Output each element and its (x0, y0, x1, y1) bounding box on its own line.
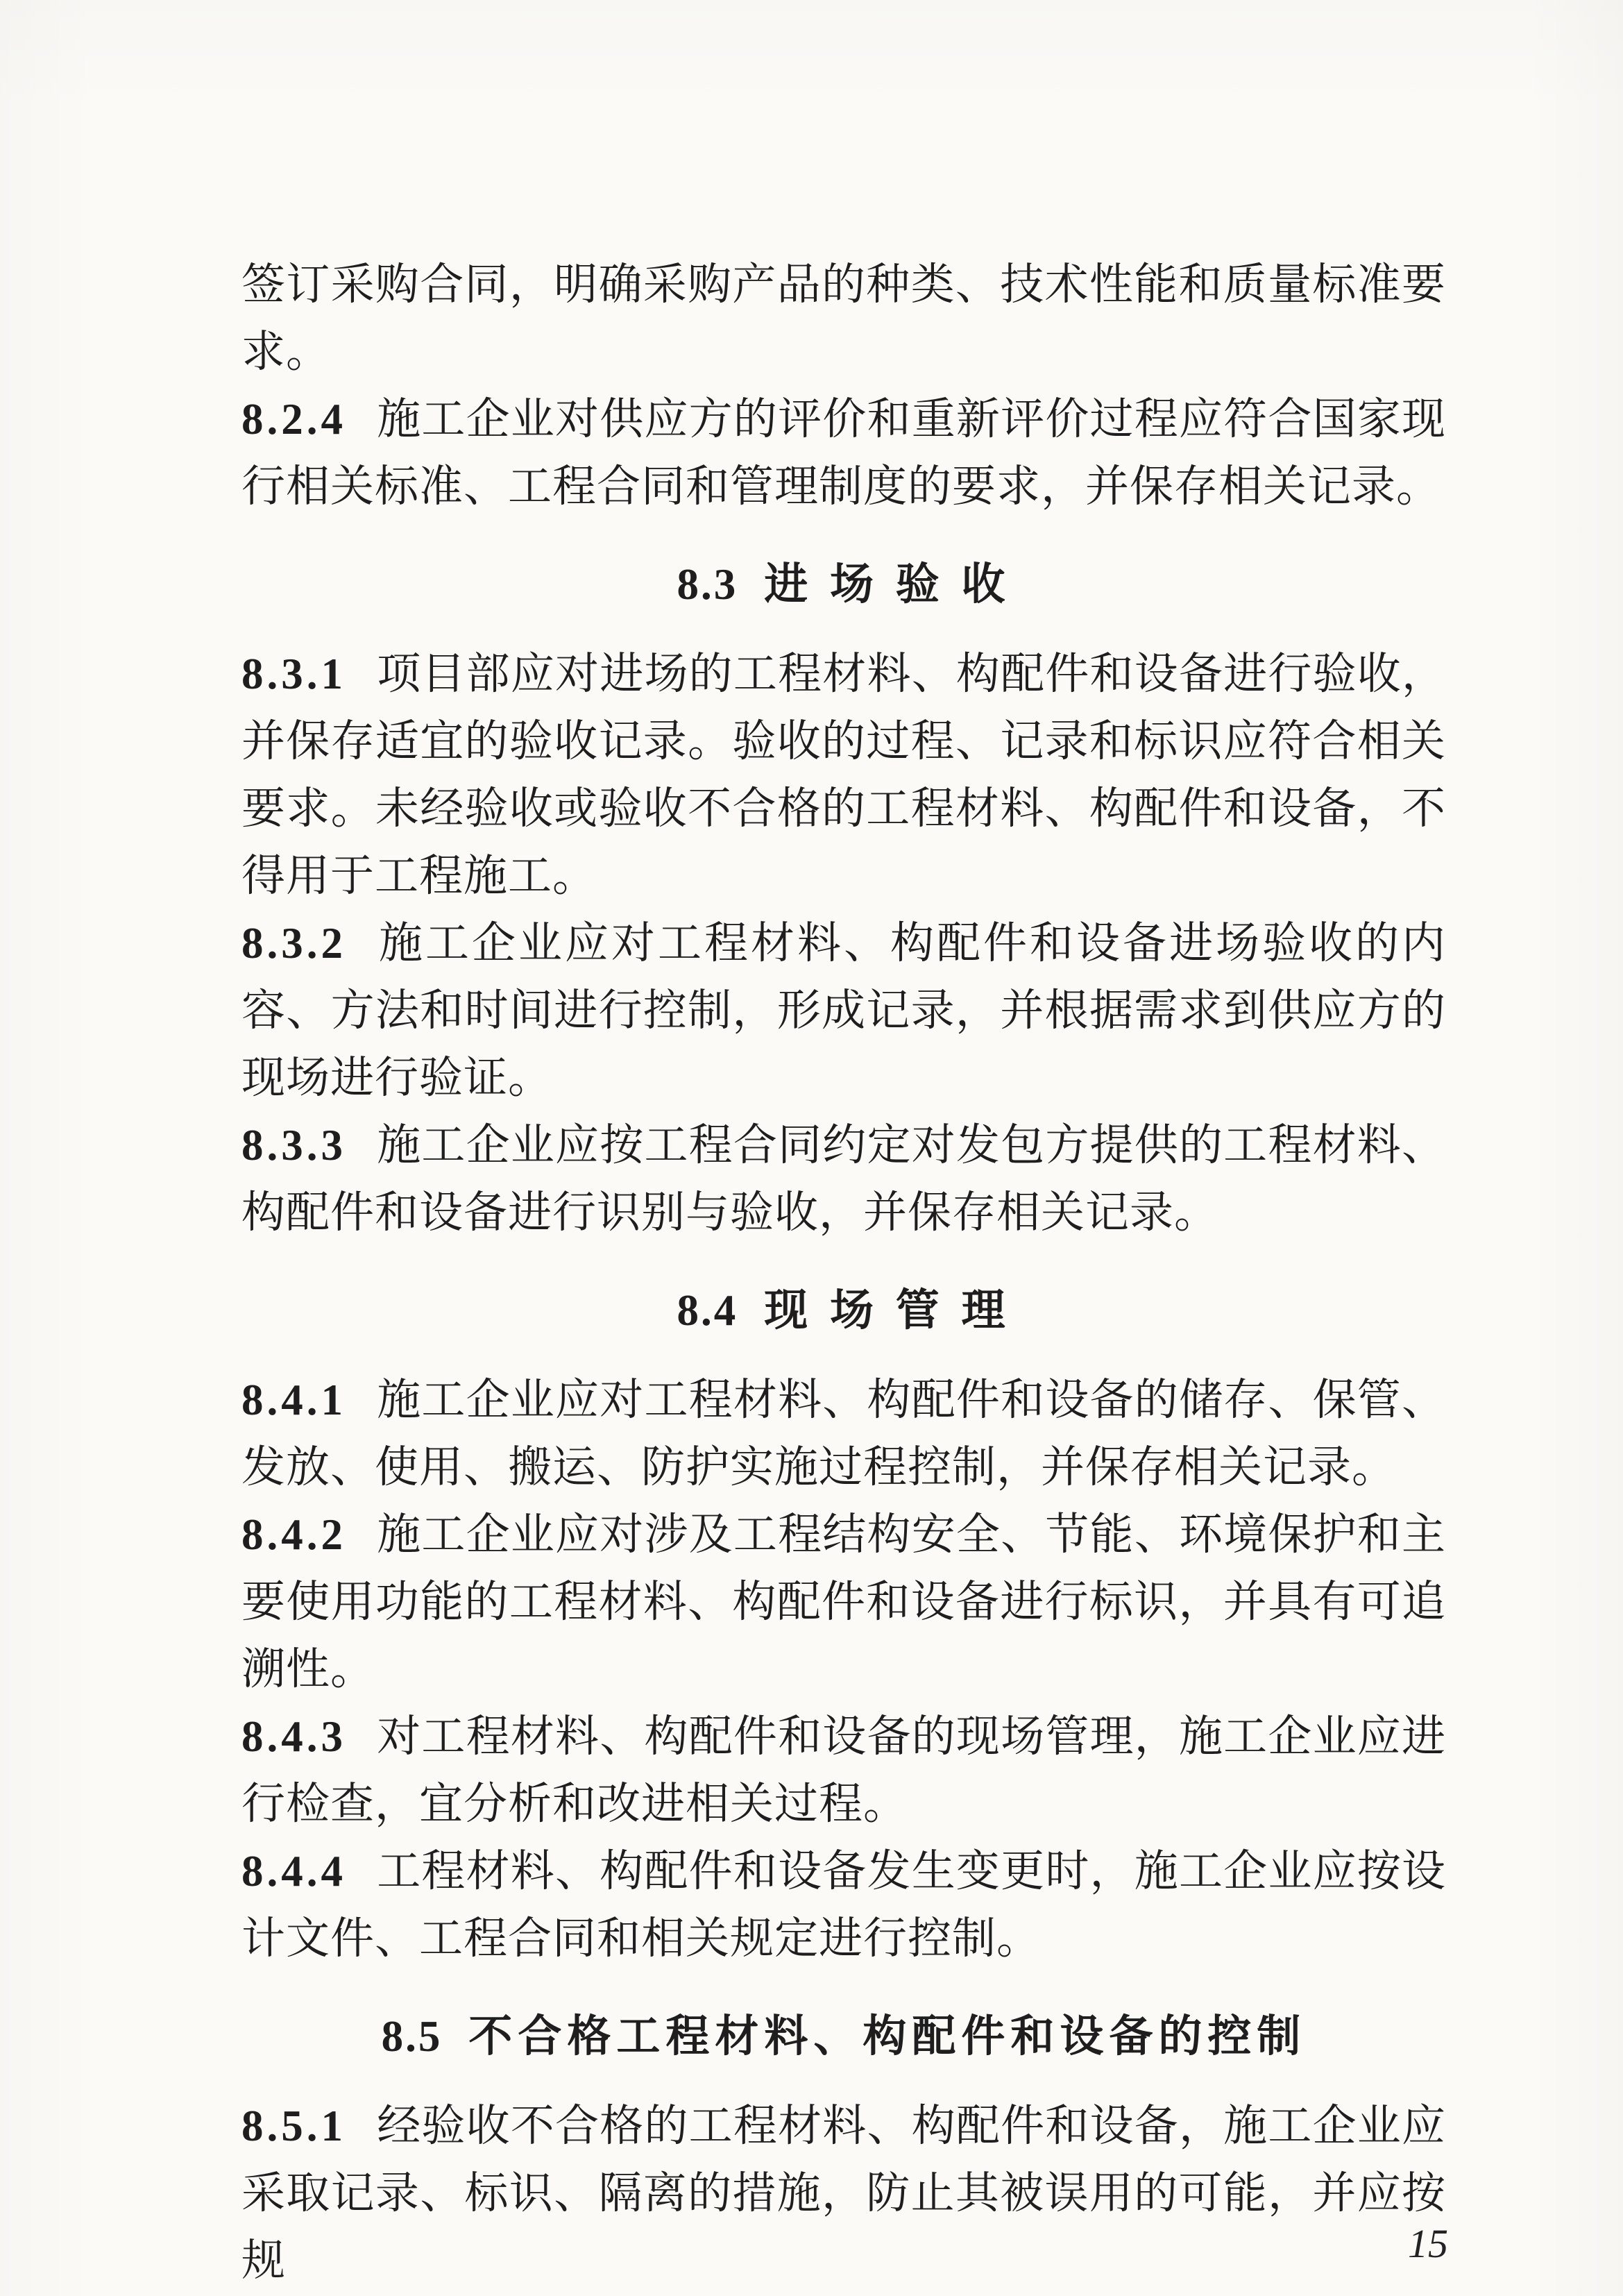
clause-text: 施工企业应对工程材料、构配件和设备的储存、保管、发放、使用、搬运、防护实施过程控… (241, 1376, 1446, 1492)
clause-text: 工程材料、构配件和设备发生变更时，施工企业应按设计文件、工程合同和相关规定进行控… (241, 1847, 1446, 1963)
clause-number: 8.4.3 (241, 1712, 346, 1761)
clause-paragraph: 8.3.1项目部应对进场的工程材料、构配件和设备进行验收，并保存适宜的验收记录。… (241, 641, 1446, 910)
clause-number: 8.4.4 (241, 1847, 346, 1896)
clause-paragraph: 8.4.1施工企业应对工程材料、构配件和设备的储存、保管、发放、使用、搬运、防护… (241, 1367, 1446, 1501)
section-number: 8.3 (677, 560, 738, 609)
clause-number: 8.2.4 (241, 395, 346, 444)
clause-text: 施工企业应对涉及工程结构安全、节能、环境保护和主要使用功能的工程材料、构配件和设… (241, 1510, 1446, 1694)
clause-text: 施工企业应按工程合同约定对发包方提供的工程材料、构配件和设备进行识别与验收，并保… (241, 1121, 1446, 1237)
clause-paragraph: 8.4.3对工程材料、构配件和设备的现场管理，施工企业应进行检查，宜分析和改进相… (241, 1703, 1446, 1838)
section-number: 8.5 (382, 2012, 443, 2061)
section-heading: 8.3进 场 验 收 (241, 551, 1446, 618)
section-title: 现 场 管 理 (764, 1286, 1010, 1335)
clause-paragraph: 8.4.2施工企业应对涉及工程结构安全、节能、环境保护和主要使用功能的工程材料、… (241, 1501, 1446, 1703)
clause-number: 8.3.1 (241, 650, 346, 698)
clause-paragraph: 8.3.2施工企业应对工程材料、构配件和设备进场验收的内容、方法和时间进行控制，… (241, 910, 1446, 1112)
clause-text: 施工企业应对工程材料、构配件和设备进场验收的内容、方法和时间进行控制，形成记录，… (241, 919, 1446, 1102)
clause-number: 8.3.2 (241, 919, 346, 968)
page-number: 15 (1408, 2220, 1448, 2267)
section-heading: 8.4现 场 管 理 (241, 1277, 1446, 1344)
clause-number: 8.4.1 (241, 1376, 346, 1424)
section-title: 不合格工程材料、构配件和设备的控制 (468, 2012, 1306, 2061)
document-page: 签订采购合同，明确采购产品的种类、技术性能和质量标准要求。8.2.4施工企业对供… (0, 0, 1623, 2296)
clause-text: 经验收不合格的工程材料、构配件和设备，施工企业应采取记录、标识、隔离的措施，防止… (241, 2102, 1446, 2285)
clause-text: 项目部应对进场的工程材料、构配件和设备进行验收，并保存适宜的验收记录。验收的过程… (241, 650, 1446, 900)
body-paragraph: 签订采购合同，明确采购产品的种类、技术性能和质量标准要求。 (241, 251, 1446, 386)
page-content: 签订采购合同，明确采购产品的种类、技术性能和质量标准要求。8.2.4施工企业对供… (241, 251, 1446, 2295)
clause-paragraph: 8.2.4施工企业对供应方的评价和重新评价过程应符合国家现行相关标准、工程合同和… (241, 386, 1446, 521)
clause-paragraph: 8.3.3施工企业应按工程合同约定对发包方提供的工程材料、构配件和设备进行识别与… (241, 1112, 1446, 1247)
section-heading: 8.5不合格工程材料、构配件和设备的控制 (241, 2003, 1446, 2070)
clause-paragraph: 8.4.4工程材料、构配件和设备发生变更时，施工企业应按设计文件、工程合同和相关… (241, 1838, 1446, 1973)
section-number: 8.4 (677, 1286, 738, 1335)
clause-paragraph: 8.5.1经验收不合格的工程材料、构配件和设备，施工企业应采取记录、标识、隔离的… (241, 2093, 1446, 2295)
clause-number: 8.3.3 (241, 1121, 346, 1170)
clause-text: 施工企业对供应方的评价和重新评价过程应符合国家现行相关标准、工程合同和管理制度的… (241, 395, 1446, 511)
clause-number: 8.5.1 (241, 2102, 346, 2150)
clause-number: 8.4.2 (241, 1510, 346, 1559)
section-title: 进 场 验 收 (764, 560, 1010, 609)
clause-text: 对工程材料、构配件和设备的现场管理，施工企业应进行检查，宜分析和改进相关过程。 (241, 1712, 1446, 1828)
